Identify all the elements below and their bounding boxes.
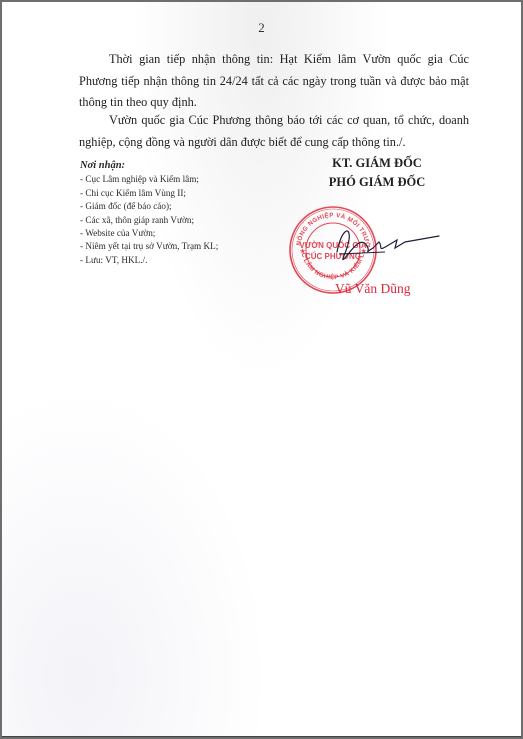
signature-title-line1: KT. GIÁM ĐỐC xyxy=(302,154,452,173)
paragraph-reception-time: Thời gian tiếp nhận thông tin: Hạt Kiểm … xyxy=(79,49,469,114)
recipients-block: Nơi nhận: - Cục Lâm nghiệp và Kiểm lâm; … xyxy=(80,159,218,267)
recipient-item: - Các xã, thôn giáp ranh Vườn; xyxy=(80,214,218,227)
signature-title-line2: PHÓ GIÁM ĐỐC xyxy=(302,173,452,192)
signer-name: Vũ Văn Dũng xyxy=(335,281,411,297)
recipient-item: - Lưu: VT, HKL./. xyxy=(80,254,218,267)
recipient-item: - Website của Vườn; xyxy=(80,227,218,240)
document-page: 2 Thời gian tiếp nhận thông tin: Hạt Kiể… xyxy=(2,2,521,737)
recipient-item: - Cục Lâm nghiệp và Kiểm lâm; xyxy=(80,173,218,186)
handwritten-signature-icon xyxy=(327,222,442,267)
paragraph-notice: Vườn quốc gia Cúc Phương thông báo tới c… xyxy=(79,110,469,153)
recipient-item: - Giám đốc (để báo cáo); xyxy=(80,200,218,213)
page-number: 2 xyxy=(2,20,521,36)
paragraph-text: Thời gian tiếp nhận thông tin: Hạt Kiểm … xyxy=(79,52,469,109)
svg-text:★: ★ xyxy=(300,248,306,255)
signature-block: KT. GIÁM ĐỐC PHÓ GIÁM ĐỐC xyxy=(302,154,452,192)
recipients-title: Nơi nhận: xyxy=(80,159,218,172)
recipient-item: - Niêm yết tại trụ sở Vườn, Trạm KL; xyxy=(80,240,218,253)
recipient-item: - Chi cục Kiểm lâm Vùng II; xyxy=(80,187,218,200)
paragraph-text: Vườn quốc gia Cúc Phương thông báo tới c… xyxy=(79,113,469,149)
recipients-list: - Cục Lâm nghiệp và Kiểm lâm; - Chi cục … xyxy=(80,173,218,267)
